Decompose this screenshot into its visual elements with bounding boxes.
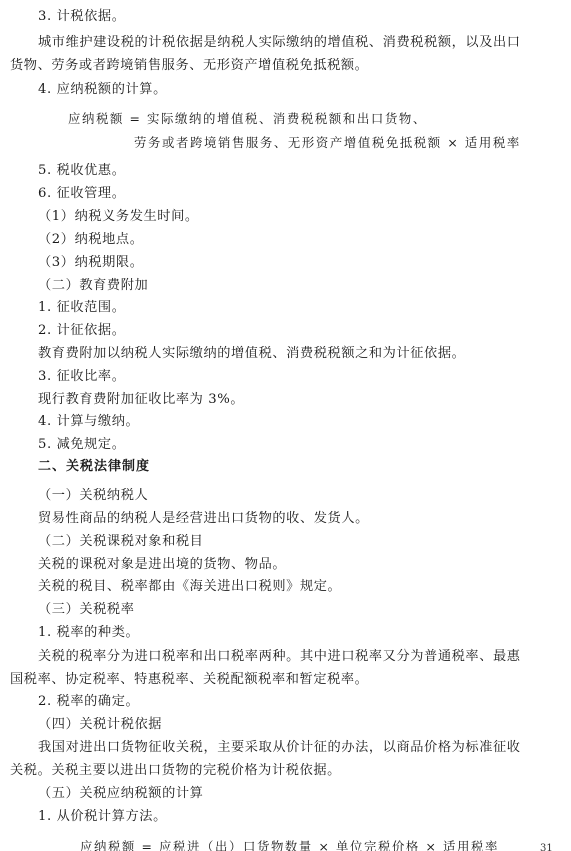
item-tax-calculation: 4. 应纳税额的计算。: [38, 81, 167, 99]
section-heading: （二）教育费附加: [38, 277, 148, 295]
paragraph-line: 城市维护建设税的计税依据是纳税人实际缴纳的增值税、消费税税额，以及出口: [38, 34, 521, 52]
list-item: 1. 征收范围。: [38, 299, 126, 317]
paragraph-line: 教育费附加以纳税人实际缴纳的增值税、消费税税额之和为计征依据。: [38, 345, 465, 363]
list-item: 1. 税率的种类。: [38, 624, 139, 642]
paragraph-line: 关税的课税对象是进出境的货物、物品。: [38, 556, 286, 574]
item-tax-incentives: 5. 税收优惠。: [38, 162, 126, 180]
paragraph-line: 货物、劳务或者跨境销售服务、无形资产增值税免抵税额。: [10, 57, 368, 75]
list-item: 2. 税率的确定。: [38, 693, 139, 711]
subitem: （2）纳税地点。: [38, 231, 144, 249]
list-item: 2. 计征依据。: [38, 322, 126, 340]
formula-line: 应纳税额 = 应税进（出）口货物数量 × 单位完税价格 × 适用税率: [80, 838, 499, 851]
formula-line: 劳务或者跨境销售服务、无形资产增值税免抵税额 × 适用税率: [134, 134, 521, 152]
list-item: 1. 从价税计算方法。: [38, 808, 167, 826]
paragraph-line: 关税的税目、税率都由《海关进出口税则》规定。: [38, 578, 341, 596]
formula-line: 应纳税额 = 实际缴纳的增值税、消费税税额和出口货物、: [68, 110, 427, 128]
list-item: 4. 计算与缴纳。: [38, 413, 139, 431]
paragraph-line: 关税。关税主要以进出口货物的完税价格为计税依据。: [10, 762, 341, 780]
section-heading: （一）关税纳税人: [38, 487, 148, 505]
subitem: （3）纳税期限。: [38, 254, 144, 272]
section-heading: （三）关税税率: [38, 601, 135, 619]
paragraph-line: 贸易性商品的纳税人是经营进出口货物的收、发货人。: [38, 510, 369, 528]
paragraph-line: 现行教育费附加征收比率为 3%。: [38, 391, 244, 409]
paragraph-line: 关税的税率分为进口税率和出口税率两种。其中进口税率又分为普通税率、最惠: [38, 648, 521, 666]
item-tax-basis: 3. 计税依据。: [38, 8, 126, 26]
section-heading: （二）关税课税对象和税目: [38, 533, 203, 551]
page-number: 31: [540, 843, 553, 851]
item-collection-management: 6. 征收管理。: [38, 185, 126, 203]
chapter-heading: 二、关税法律制度: [38, 458, 150, 476]
section-heading: （五）关税应纳税额的计算: [38, 785, 203, 803]
subitem: （1）纳税义务发生时间。: [38, 208, 199, 226]
paragraph-line: 我国对进出口货物征收关税，主要采取从价计征的办法，以商品价格为标准征收: [38, 739, 521, 757]
list-item: 5. 减免规定。: [38, 436, 126, 454]
list-item: 3. 征收比率。: [38, 368, 126, 386]
section-heading: （四）关税计税依据: [38, 716, 162, 734]
paragraph-line: 国税率、协定税率、特惠税率、关税配额税率和暂定税率。: [10, 671, 368, 689]
